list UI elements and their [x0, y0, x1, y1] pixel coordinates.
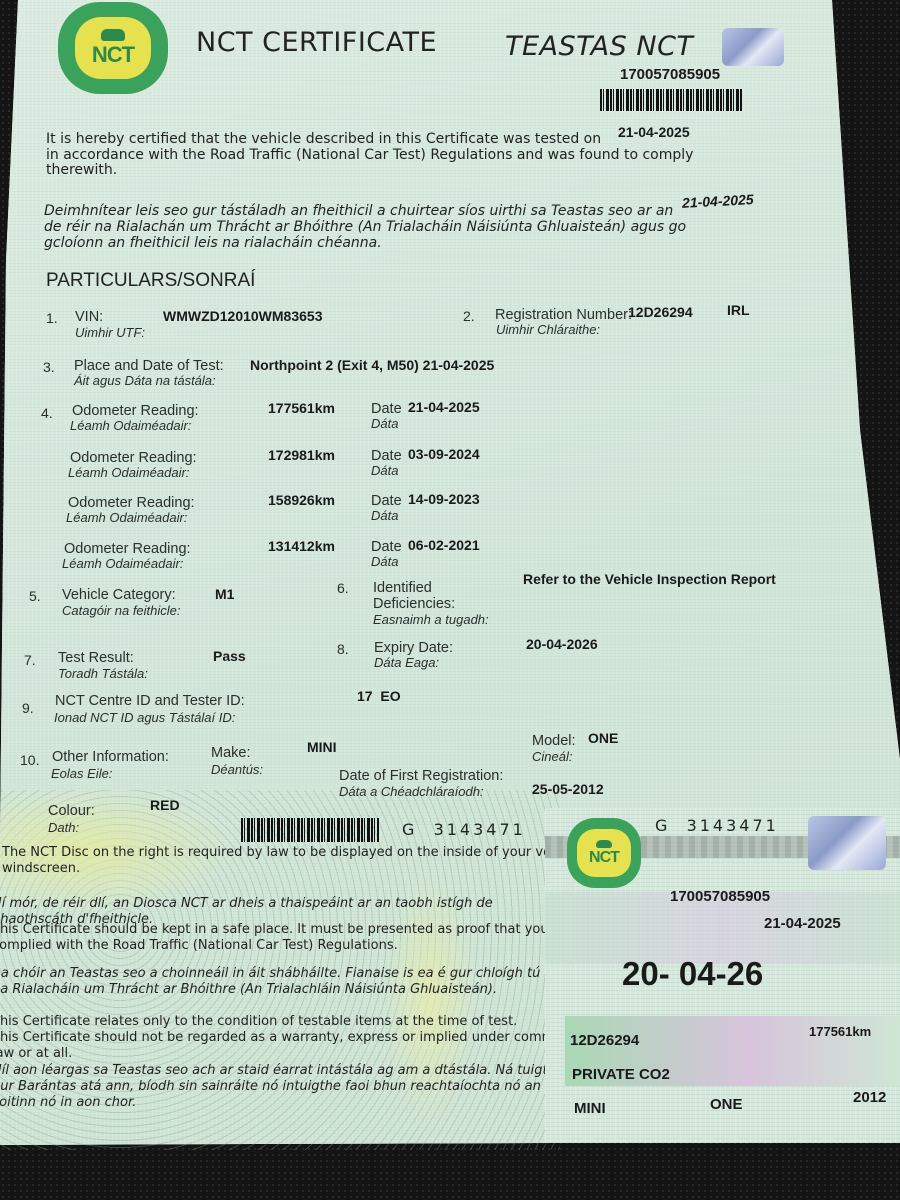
- certificate-title: NCT CERTIFICATE: [196, 27, 437, 58]
- odometer-date-label-irish: Dáta: [371, 463, 398, 478]
- statement-ga-line-2: de réir na Rialachán um Thrácht ar Bhóit…: [44, 219, 686, 235]
- centre-value: 17 EO: [357, 688, 401, 704]
- deficiencies-value: Refer to the Vehicle Inspection Report: [523, 571, 776, 587]
- field-number: 2.: [463, 308, 475, 324]
- vin-label: VIN:: [75, 309, 103, 325]
- odometer-date-label-irish: Dáta: [371, 554, 398, 569]
- note-line: Ba chóir an Teastas seo a choinneáil in …: [0, 966, 566, 982]
- note-line: This Certificate relates only to the con…: [0, 1014, 517, 1030]
- disc-model: ONE: [710, 1096, 743, 1113]
- make-value: MINI: [307, 739, 337, 755]
- odometer-date-label: Date: [371, 493, 402, 509]
- centre-label: NCT Centre ID and Tester ID:: [55, 693, 245, 709]
- disc-document-code: G 3143471: [655, 816, 779, 835]
- note-line: Ní mór, de réir dlí, an Diosca NCT ar dh…: [0, 896, 493, 912]
- disc-vehicle-type: PRIVATE CO2: [572, 1066, 670, 1083]
- odometer-date-value: 06-02-2021: [408, 537, 480, 553]
- expiry-label-irish: Dáta Eaga:: [374, 655, 439, 670]
- field-number: 4.: [41, 405, 53, 421]
- certificate-title-irish: TEASTAS NCT: [505, 31, 693, 62]
- note-line: The NCT Disc on the right is required by…: [2, 845, 582, 861]
- statement-en-line-1: It is hereby certified that the vehicle …: [46, 131, 601, 147]
- note-line: law or at all.: [0, 1046, 72, 1062]
- result-value: Pass: [213, 648, 246, 664]
- disc-registration: 12D26294: [570, 1032, 639, 1049]
- barcode: [241, 818, 379, 842]
- model-value: ONE: [588, 730, 618, 746]
- odometer-label-irish: Léamh Odaiméadair:: [68, 465, 189, 480]
- disc-expiry: 20- 04-26: [622, 955, 763, 993]
- note-line: This Certificate should not be regarded …: [0, 1030, 571, 1046]
- field-number: 10.: [20, 752, 39, 768]
- place-date-label: Place and Date of Test:: [74, 358, 224, 374]
- note-line: gur Barántas atá ann, bíodh sin sainráit…: [0, 1079, 560, 1095]
- odometer-date-label-irish: Dáta: [371, 416, 398, 431]
- statement-en-line-3: therewith.: [46, 162, 117, 178]
- odometer-date-label: Date: [371, 401, 402, 417]
- odometer-value: 158926km: [268, 492, 335, 508]
- deficiencies-label-irish: Easnaimh a tugadh:: [373, 612, 489, 627]
- disc-make: MINI: [574, 1100, 606, 1117]
- first-registration-label-irish: Dáta a Chéadchláraíodh:: [339, 784, 484, 799]
- first-registration-value: 25-05-2012: [532, 781, 604, 797]
- odometer-label: Odometer Reading:: [64, 541, 191, 557]
- note-line: complied with the Road Traffic (National…: [0, 938, 398, 954]
- odometer-value: 172981km: [268, 447, 335, 463]
- odometer-value: 177561km: [268, 400, 335, 416]
- odometer-date-value: 03-09-2024: [408, 446, 480, 462]
- field-number: 8.: [337, 641, 349, 657]
- colour-label-irish: Dath:: [48, 820, 79, 835]
- registration-label: Registration Number:: [495, 307, 632, 323]
- make-label-irish: Déantús:: [211, 762, 263, 777]
- disc-odometer: 177561km: [809, 1024, 871, 1039]
- statement-date: 21-04-2025: [618, 124, 690, 140]
- odometer-label: Odometer Reading:: [68, 495, 195, 511]
- note-line: This Certificate should be kept in a saf…: [0, 922, 585, 938]
- other-label-irish: Eolas Eile:: [51, 766, 112, 781]
- other-label: Other Information:: [52, 749, 169, 765]
- colour-value: RED: [150, 797, 180, 813]
- model-label: Model:: [532, 733, 576, 749]
- odometer-value: 131412km: [268, 538, 335, 554]
- category-label-irish: Catagóir na feithicle:: [62, 603, 181, 618]
- odometer-label: Odometer Reading:: [72, 403, 199, 419]
- barcode: [600, 89, 742, 111]
- vin-label-irish: Uimhir UTF:: [75, 325, 145, 340]
- document-code: G 3143471: [402, 820, 526, 839]
- odometer-date-label-irish: Dáta: [371, 508, 398, 523]
- first-registration-label: Date of First Registration:: [339, 768, 503, 784]
- place-date-value: Northpoint 2 (Exit 4, M50) 21-04-2025: [250, 357, 494, 373]
- field-number: 7.: [24, 652, 36, 668]
- centre-label-irish: Ionad NCT ID agus Tástálaí ID:: [54, 710, 235, 725]
- expiry-value: 20-04-2026: [526, 636, 598, 652]
- vin-value: WMWZD12010WM83653: [163, 308, 323, 324]
- registration-country: IRL: [727, 302, 750, 318]
- category-label: Vehicle Category:: [62, 587, 176, 603]
- registration-label-irish: Uimhir Chláraithe:: [496, 322, 600, 337]
- disc-hologram-icon: [808, 816, 886, 870]
- serial-number: 170057085905: [620, 66, 720, 83]
- field-number: 1.: [46, 310, 58, 326]
- note-line: windscreen.: [2, 861, 80, 877]
- field-number: 3.: [43, 359, 55, 375]
- nct-logo: NCT: [58, 2, 168, 94]
- field-number: 5.: [29, 588, 41, 604]
- category-value: M1: [215, 586, 234, 602]
- car-icon: [101, 29, 125, 41]
- odometer-label-irish: Léamh Odaiméadair:: [62, 556, 183, 571]
- note-line: coitinn nó in aon chor.: [0, 1095, 136, 1111]
- odometer-label-irish: Léamh Odaiméadair:: [66, 510, 187, 525]
- colour-label: Colour:: [48, 803, 95, 819]
- nct-disc: NCT G 3143471 170057085905 21-04-2025 20…: [545, 808, 900, 1143]
- odometer-label: Odometer Reading:: [70, 450, 197, 466]
- disc-year: 2012: [853, 1089, 886, 1106]
- make-label: Make:: [211, 745, 251, 761]
- model-label-irish: Cineál:: [532, 749, 572, 764]
- place-date-label-irish: Áit agus Dáta na tástála:: [74, 373, 216, 388]
- deficiencies-label: Identified: [373, 580, 432, 596]
- disc-nct-logo: NCT: [567, 818, 641, 888]
- statement-ga-line-3: gcloíonn an fheithicil leis na rialachái…: [44, 235, 382, 251]
- odometer-label-irish: Léamh Odaiméadair:: [70, 418, 191, 433]
- registration-value: 12D26294: [628, 304, 693, 320]
- odometer-date-value: 14-09-2023: [408, 491, 480, 507]
- disc-serial-number: 170057085905: [670, 888, 770, 905]
- hologram-icon: [722, 28, 784, 66]
- car-icon: [596, 840, 612, 848]
- disc-test-date: 21-04-2025: [764, 915, 841, 932]
- statement-ga-line-1: Deimhnítear leis seo gur tástáladh an fh…: [44, 203, 673, 219]
- statement-en-line-2: in accordance with the Road Traffic (Nat…: [46, 147, 693, 163]
- odometer-date-value: 21-04-2025: [408, 399, 480, 415]
- field-number: 9.: [22, 700, 34, 716]
- note-line: Níl aon léargas sa Teastas seo ach ar st…: [0, 1063, 569, 1079]
- odometer-date-label: Date: [371, 539, 402, 555]
- expiry-label: Expiry Date:: [374, 640, 453, 656]
- result-label-irish: Toradh Tástála:: [58, 666, 148, 681]
- deficiencies-label-2: Deficiencies:: [373, 596, 455, 612]
- field-number: 6.: [337, 580, 349, 596]
- particulars-heading: PARTICULARS/SONRAÍ: [46, 270, 255, 292]
- odometer-date-label: Date: [371, 448, 402, 464]
- result-label: Test Result:: [58, 650, 134, 666]
- note-line: na Rialacháin um Thrácht ar Bhóithre (An…: [0, 982, 497, 998]
